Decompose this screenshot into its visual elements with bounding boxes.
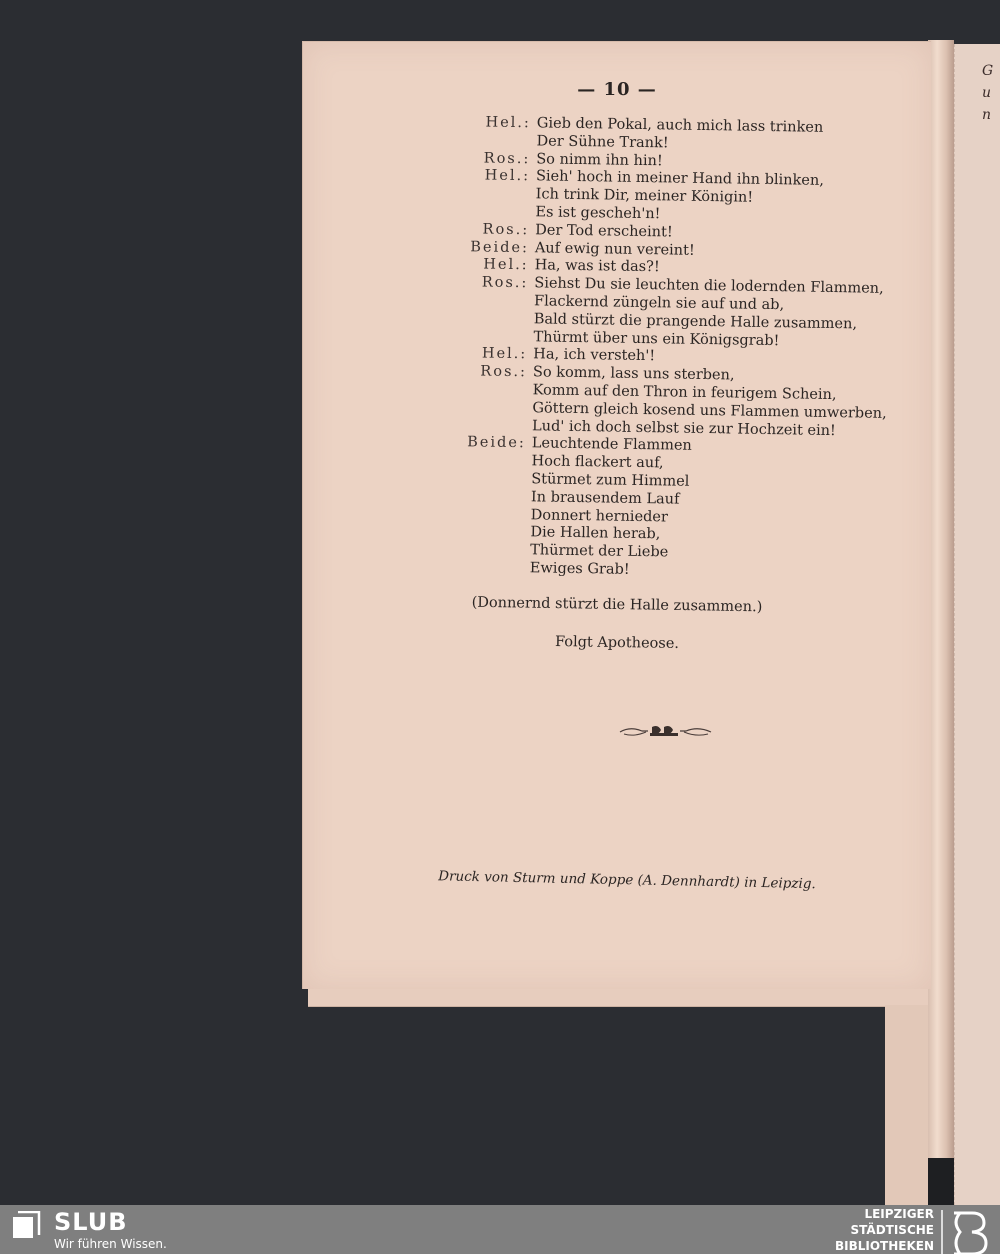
verse-text: Thürmet der Liebe xyxy=(530,542,668,562)
handwriting-line: G xyxy=(982,60,993,82)
verse-text: Hoch flackert auf, xyxy=(531,453,663,473)
verse-text: Ha, was ist das?! xyxy=(534,258,659,278)
slub-logo-icon[interactable] xyxy=(12,1211,42,1239)
handwriting-line: u xyxy=(982,82,993,104)
speaker-label: Hel.: xyxy=(450,256,534,275)
verse-text: Der Tod erscheint! xyxy=(535,222,673,242)
page-number: — 10 — xyxy=(303,79,931,100)
speaker-label xyxy=(450,310,534,329)
partner-line: LEIPZIGER xyxy=(835,1206,934,1222)
book-spine xyxy=(928,40,954,1205)
speaker-label xyxy=(448,399,532,418)
speaker-label: Beide: xyxy=(448,434,532,453)
underlying-sheet-edge xyxy=(885,1005,930,1205)
speaker-label xyxy=(450,292,534,311)
speaker-label xyxy=(446,559,530,578)
speaker-label: Beide: xyxy=(451,239,535,258)
partner-line: BIBLIOTHEKEN xyxy=(835,1238,934,1254)
spine-shadow xyxy=(928,1158,954,1205)
speaker-label xyxy=(449,381,533,400)
verse-text: Die Hallen herab, xyxy=(530,525,660,545)
footer-banner: SLUB Wir führen Wissen. LEIPZIGER STÄDTI… xyxy=(0,1205,1000,1254)
slub-tagline: Wir führen Wissen. xyxy=(54,1237,167,1251)
verse-text: Ewiges Grab! xyxy=(530,560,630,579)
verse-text: Donnert hernieder xyxy=(531,507,668,527)
handwriting-line: n xyxy=(982,104,993,126)
closing-note: Folgt Apotheose. xyxy=(303,630,931,656)
partner-line: STÄDTISCHE xyxy=(835,1222,934,1238)
verse-text: In brausendem Lauf xyxy=(531,489,680,509)
ornament-vignette-icon xyxy=(618,722,713,740)
facing-page xyxy=(954,44,1000,1205)
partner-name[interactable]: LEIPZIGER STÄDTISCHE BIBLIOTHEKEN xyxy=(835,1206,934,1254)
speaker-label: Ros.: xyxy=(450,274,534,293)
speaker-label: Hel.: xyxy=(449,345,533,364)
speaker-label: Ros.: xyxy=(449,363,533,382)
verse-text: Der Sühne Trank! xyxy=(536,133,668,153)
speaker-label xyxy=(446,541,530,560)
speaker-label xyxy=(447,452,531,471)
handwritten-notes: G u n xyxy=(982,60,993,126)
speaker-label: Ros.: xyxy=(452,150,536,169)
speaker-label xyxy=(452,132,536,151)
speaker-label xyxy=(447,470,531,489)
scanned-page: — 10 — Hel.:Gieb den Pokal, auch mich la… xyxy=(302,41,931,989)
document-viewer: G u n — 10 — Hel.:Gieb den Pokal, auch m… xyxy=(0,0,1000,1205)
stage-direction: (Donnernd stürzt die Halle zusammen.) xyxy=(303,592,931,618)
speaker-label xyxy=(446,523,530,542)
printer-imprint: Druck von Sturm und Koppe (A. Dennhardt)… xyxy=(303,865,931,894)
footer-divider xyxy=(941,1210,943,1254)
speaker-label xyxy=(449,328,533,347)
slub-name[interactable]: SLUB xyxy=(54,1208,128,1236)
speaker-label: Hel.: xyxy=(453,114,537,133)
speaker-label: Hel.: xyxy=(452,167,536,186)
verse-text: Es ist gescheh'n! xyxy=(535,204,660,224)
speaker-label xyxy=(451,203,535,222)
speaker-label xyxy=(447,505,531,524)
speaker-label xyxy=(447,488,531,507)
speaker-label xyxy=(448,417,532,436)
verse-text: Ha, ich versteh'! xyxy=(533,347,655,367)
verse-text: So nimm ihn hin! xyxy=(536,151,663,171)
speaker-label xyxy=(452,185,536,204)
lsb-logo-icon[interactable] xyxy=(950,1211,988,1254)
speaker-label: Ros.: xyxy=(451,221,535,240)
libretto-text: Hel.:Gieb den Pokal, auch mich lass trin… xyxy=(446,114,913,584)
